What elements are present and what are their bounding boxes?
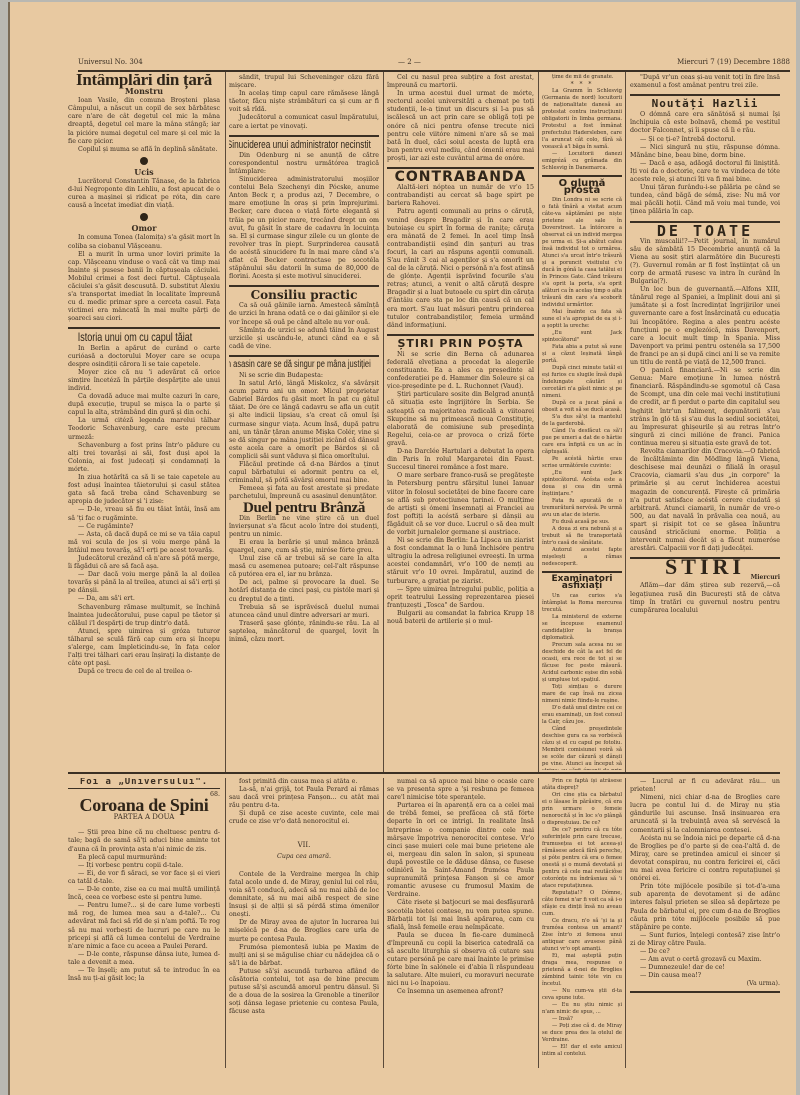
separator-asterisks-icon: * * * — [542, 81, 622, 88]
chapter-title: Cupa cea amară. — [229, 853, 379, 861]
paragraph: La-să, n'ai grijă, tot Paula Perard ai r… — [229, 786, 379, 810]
paragraph: Schavenburg a fost prins într'o pădure c… — [68, 442, 220, 474]
feuilleton-column-1: Foi a „Universului". 68. Coroana de Spin… — [68, 778, 220, 1068]
paragraph: Moyer zice că nu 'i adevărat că orice si… — [68, 369, 220, 393]
section-title-de-toate: DE TOATE — [630, 227, 780, 235]
paragraph: Câte risete și batjocuri se mai desfășur… — [387, 899, 534, 931]
feuilleton-label: Foi a „Universului". — [68, 778, 220, 786]
paragraph: — Dar dacă voiu merge până la al doilea … — [68, 571, 220, 595]
paragraph: Patru agenți comunali au prins o căruță,… — [387, 208, 534, 329]
paragraph: fost primită din causa mea și atâta e. — [229, 778, 379, 786]
paragraph: De ce? pentru că cu tóte suferințele pri… — [542, 827, 622, 890]
paragraph: Nimeni, nici chiar d-na de Broglies care… — [630, 794, 780, 834]
paragraph: — Sunt furios, înțelegi contesă? zise în… — [630, 932, 780, 948]
paragraph: Alaltă-ieri nóptea un număr de vr'o 15 c… — [387, 184, 534, 208]
issue-date: Miercuri 7 (19) Decembre 1888 — [677, 58, 790, 66]
paragraph: In satul Arló, lângă Miskolcz, s'a săvâr… — [229, 380, 379, 461]
paragraph: săndit, trupul lui Scheveninger căzu făr… — [229, 74, 379, 90]
article-istoria: In Berlin a apărut de curând o carte cur… — [68, 345, 220, 677]
column-3: Cel cu nasul prea subțire a fost arestat… — [387, 74, 534, 770]
feuilleton-column-2: fost primită din causa mea și atâta e.La… — [229, 778, 379, 1068]
paragraph: O dómnă care era sănătósă și numai își î… — [630, 111, 780, 135]
section-title-intamplari: Intâmplări din țară — [68, 76, 220, 84]
paragraph: — El! dar el este amicul intim al contel… — [542, 1044, 622, 1058]
paragraph: Paula se ducea în fie-care duminecă d'îm… — [387, 932, 534, 989]
section-title-asasin: Un asasin care se dă singur pe mâna just… — [229, 361, 357, 369]
paragraph: — Eu nu știu nimic și n'am nimic de spus… — [542, 1002, 622, 1016]
column-divider — [625, 778, 626, 1068]
paragraph: Judecătorul a comunicat casul împăratulu… — [229, 114, 379, 130]
section-title-gluma: O glumă próstă — [542, 180, 622, 194]
article-examinatori: Un cas curios s'a întâmplat la Roma merc… — [542, 593, 622, 770]
paragraph: Reputația!? O Dómne, câte femei n'ar fi … — [542, 890, 622, 918]
article-gluma: Din Londra ni se scrie că o fată tînără … — [542, 197, 622, 568]
divider — [630, 94, 780, 96]
column-divider — [538, 778, 539, 1068]
paragraph: Când l'a desfăcut ca să'l pue pe umeri a… — [542, 428, 622, 456]
section-title-sinucidere: Sinuciderea unui administrator necinstit — [229, 141, 357, 149]
paragraph: Trebuia să se isprăvéscă duelul numai at… — [229, 604, 379, 620]
paragraph: "După vr'un ceas și-au venit toți în fir… — [630, 74, 780, 90]
paragraph: Contele de la Verdraine mergea în chip f… — [229, 871, 379, 920]
paragraph: — D-le conte, răspunse dânsa iute, lumea… — [68, 951, 220, 967]
paragraph: Mai înainte ca fata să sune el s'a aprop… — [542, 309, 622, 330]
section-title-noutati: Noutăți Hazlii — [630, 100, 780, 108]
paragraph: La Gramm în Schlesvig (Germania de nord)… — [542, 88, 622, 151]
novel-title: Coroana de Spini — [68, 801, 220, 809]
paragraph: Ea plecă capul murmurând: — [68, 854, 220, 862]
paragraph: — Știi prea bine că nu cheltuesc pentru … — [68, 829, 220, 853]
paragraph: Ioan Vasile, din comuna Broșteni plasa C… — [68, 97, 220, 146]
novel-text: fost primită din causa mea și atâta e.La… — [229, 778, 379, 827]
paragraph: In Berlin a apărut de curând o carte cur… — [68, 345, 220, 369]
paragraph: — Pentru lume?... și de care lume vorbeș… — [68, 902, 220, 951]
bullet-dot-icon — [140, 213, 148, 221]
paragraph: „Eu sunt Jack spintecătorul. Acésta este… — [542, 470, 622, 498]
paragraph: Dr de Miray avea de ajutor în lucrarea l… — [229, 919, 379, 943]
paragraph: Din Berlin ne vine știre că un duel învi… — [229, 515, 379, 539]
paragraph: — D-le conte, zise ea cu mai multă umili… — [68, 886, 220, 902]
paragraph: S'a dus să'și ia mantelul de la garderob… — [542, 414, 622, 428]
paragraph: Toți simțiau o durere mare de cap însă n… — [542, 684, 622, 705]
paragraph: — Te înșeli; am putut să te introduc în … — [68, 967, 220, 983]
column-divider — [225, 72, 226, 772]
paragraph: Copilul și muma se află în deplină sănăt… — [68, 146, 220, 154]
paragraph: Ni se scrie din Budapesta: — [229, 372, 379, 380]
paragraph: Autorul acestei fapte mișelești a rămas … — [542, 547, 622, 568]
paragraph: — D-le, vreau să fiu eu tăiat întâi, îns… — [68, 506, 220, 522]
bullet-dot-icon — [140, 157, 148, 165]
paragraph: Un cas curios s'a întâmplat la Roma merc… — [542, 593, 622, 614]
paragraph: Unui țăran furându-i-se pălăria pe când … — [630, 184, 780, 216]
article-duel: Din Berlin ne vine știre că un duel învi… — [229, 515, 379, 645]
paragraph: De aci, palme și provocare la duel. Se h… — [229, 579, 379, 603]
paragraph: Putuse să'și ascundă turbarea aflând de … — [229, 968, 379, 1017]
paragraph: El a murit în urma unor loviri primite l… — [68, 251, 220, 324]
paragraph: Și după ce zise aceste cuvinte, cele mai… — [229, 810, 379, 826]
paragraph: Cel cu nasul prea subțire a fost arestat… — [387, 74, 534, 90]
paragraph: Știri particulare sosite din Belgrad anu… — [387, 391, 534, 448]
paragraph: Frumósa piemontesă iubia pe Maxim de mul… — [229, 944, 379, 968]
divider — [387, 334, 534, 336]
paragraph: Lucrătorul Constantin Tănase, de la fabr… — [68, 178, 220, 210]
paragraph: Schavenburg rămase mulțumit, se închină … — [68, 604, 220, 628]
paragraph: Bulgarii au comandat la fabrica Krupp 18… — [387, 610, 534, 626]
paragraph: țime de mii de granate. — [542, 74, 622, 81]
paragraph: Traseră șase glónțe, rănindu-se rău. La … — [229, 620, 379, 644]
column-divider — [538, 72, 539, 772]
page-number: — 2 — — [398, 58, 421, 66]
paragraph: Ni se scrie din Berlin: La Lipsca un zia… — [387, 537, 534, 586]
paragraph: Acésta nu se îndoia nici pe departe că d… — [630, 835, 780, 884]
novel-text: numai ca să apuce mai bine o ocasie care… — [387, 778, 534, 997]
paragraph: Din Odenburg ni se anunță de către cores… — [229, 152, 379, 176]
divider — [542, 175, 622, 177]
article-de-toate: Vin muscalii!?—Petit journal, în numărul… — [630, 238, 780, 554]
article-stiri-posta: Ni se scrie din Berna că adunarea federa… — [387, 351, 534, 626]
novel-text: Prin ce faptă își atrăsese atâta dispreț… — [542, 778, 622, 1058]
paragraph: Flăcăul pretinde că d-na Bárdos a ținut … — [229, 461, 379, 485]
paragraph: Judecătorul crezând că n'are să pótă mer… — [68, 555, 220, 571]
column-5: "După vr'un ceas și-au venit toți în fir… — [630, 74, 780, 770]
page-header: Universul No. 304 — 2 — Miercuri 7 (19) … — [78, 58, 790, 72]
article-sinucidere: Din Odenburg ni se anunță de către cores… — [229, 152, 379, 282]
divider — [542, 571, 622, 573]
section-title-duel: Duel pentru Brânză — [229, 504, 379, 512]
divider — [229, 285, 379, 287]
paragraph: — Poți zise că d. de Miray se duce prea … — [542, 1023, 622, 1044]
divider — [229, 355, 379, 357]
paragraph: Ca să ouă găinile iarna. Amestecă sămînț… — [229, 302, 379, 326]
paragraph: — Ce rugăminte? — [68, 523, 220, 531]
paragraph: Unul zise că ar trebui să se care la alt… — [229, 555, 379, 579]
feuilleton-column-5: — Lucrul ar fi cu adevărat rău... un pri… — [630, 778, 780, 1068]
paragraph: — Și ce ți-e? întrebă doctorul. — [630, 136, 780, 144]
novel-text: Contele de la Verdraine mergea în chip f… — [229, 871, 379, 1017]
paragraph: După cinci minute tatăl ei eși furios cu… — [542, 365, 622, 400]
paragraph: Fu dusă acasă pe sus. — [542, 519, 622, 526]
column-4-text: țime de mii de granate. * * * La Gramm î… — [542, 74, 622, 770]
paragraph: Fata abia a putut să sune și a căzut leș… — [542, 344, 622, 365]
section-title-contrabanda: CONTRABANDA — [387, 173, 534, 181]
paragraph: Sinuciderea administratorului moșiilor c… — [229, 176, 379, 281]
paragraph: La ministerul de externe se începuse exa… — [542, 614, 622, 642]
paragraph: Prin ce faptă își atrăsese atâta dispreț… — [542, 778, 622, 792]
section-title-stiri: STIRI — [630, 563, 780, 571]
paragraph: Ce însemna un asemenea afront? — [387, 988, 534, 996]
chapter-number: VII. — [229, 841, 379, 849]
paragraph: — Dumnezeule! dar de ce! — [630, 964, 780, 972]
paragraph: O mare serbare franco-rusă se pregătește… — [387, 472, 534, 537]
divider — [229, 135, 379, 137]
paragraph: D-na Darclée Hartulari a debutat la oper… — [387, 448, 534, 472]
article-asasin: Ni se scrie din Budapesta:In satul Arló,… — [229, 372, 379, 502]
section-title-stiri-posta: ȘTIRI PRIN POȘTA — [387, 340, 534, 348]
paragraph: Aflăm—dar dăm știrea sub rezervă,—că leg… — [630, 582, 780, 614]
paragraph: La urmă citéză legenda marelui tâlhar Te… — [68, 417, 220, 441]
paragraph: Din Londra ni se scrie că o fată tînără … — [542, 197, 622, 309]
divider — [630, 991, 780, 993]
paragraph: — Am avut o certă grozavă cu Maxim. — [630, 956, 780, 964]
paragraph: După ce trecu de cel de al treilea o- — [68, 668, 220, 676]
paragraph: Vin muscalii!?—Petit journal, în numărul… — [630, 238, 780, 287]
paragraph: — Dacă e așa, adăogă doctorul fii linișt… — [630, 160, 780, 184]
paragraph: Revolta ciamarilor din Cracovia.—O fabri… — [630, 448, 780, 553]
paragraph: Precum sala acesa nu se deschide de cât … — [542, 642, 622, 684]
article-continuation: Cel cu nasul prea subțire a fost arestat… — [387, 74, 534, 163]
paragraph: — Ei, de vor fi săraci, se vor face și e… — [68, 870, 220, 886]
column-2: săndit, trupul lui Scheveninger căzu făr… — [229, 74, 379, 770]
paragraph: Prin tóte mijlócele posibile și tot-d'a-… — [630, 883, 780, 932]
divider — [68, 327, 220, 329]
paragraph: Pe acéstă hârtie erau scrise următórele … — [542, 456, 622, 470]
paragraph: Fata fu apucată de o tremurătură nervósă… — [542, 498, 622, 519]
article-stiri: Aflăm—dar dăm știrea sub rezervă,—că leg… — [630, 582, 780, 614]
paragraph: In urma acestui duel urmat de mórte, rec… — [387, 90, 534, 163]
section-title-examinatori: Examinatori asfixiați — [542, 576, 622, 590]
feuilleton-column-4: Prin ce faptă își atrăsese atâta dispreț… — [542, 778, 622, 1068]
column-divider — [383, 778, 384, 1068]
paragraph: Ei erau la berărie și unul mânca brânză … — [229, 539, 379, 555]
section-title-istoria: Istoria unui om cu capul tăiat — [71, 333, 199, 341]
paragraph: Ei, mai așteptă puțin draga mea, respuns… — [542, 953, 622, 988]
article-contrabanda: Alaltă-ieri nóptea un număr de vr'o 15 c… — [387, 184, 534, 330]
paragraph: numai ca să apuce mai bine o ocasie care… — [387, 778, 534, 802]
paragraph: Ce dracu, n'o să 'și ia și frumósa conte… — [542, 918, 622, 953]
subtitle-omor: Omor — [68, 224, 220, 232]
feuilleton-column-3: numai ca să apuce mai bine o ocasie care… — [387, 778, 534, 1068]
feuilleton-divider — [68, 772, 780, 774]
article-continuation: "După vr'un ceas și-au venit toți în fir… — [630, 74, 780, 90]
column-divider — [383, 72, 384, 772]
paragraph: — Din causa mea!? — [630, 972, 780, 980]
paragraph: — Da, am să'i ert. — [68, 595, 220, 603]
paragraph: — Locuitorii danezi emigréză cu grămada … — [542, 151, 622, 172]
paragraph: In acelaș timp capul care rămăsese lângă… — [229, 90, 379, 114]
paragraph: Ni se scrie din Berna că adunarea federa… — [387, 351, 534, 391]
paragraph: D'o dată unul dintre cei ce erau examina… — [542, 705, 622, 726]
paragraph: Un loc bun de guvernantă.—Alfons XIII, t… — [630, 286, 780, 367]
column-1: Intâmplări din țară Monstru Ioan Vasile,… — [68, 74, 220, 770]
article-consiliu: Ca să ouă găinile iarna. Amestecă sămînț… — [229, 302, 379, 351]
paragraph: A doua zi era nebună și a trebuit să fie… — [542, 526, 622, 547]
paragraph: — Nu cum-va știi d-ta ceva spune iute. — [542, 988, 622, 1002]
paragraph: Purtarea ei în aparență era ca a celei m… — [387, 802, 534, 899]
divider — [68, 788, 220, 789]
article-noutati: O dómnă care era sănătósă și numai își î… — [630, 111, 780, 216]
paragraph: — Asta, că dacă după ce mi se va tăia ca… — [68, 531, 220, 555]
paragraph: Ca dovadă aduce mai multe cazuri în care… — [68, 393, 220, 417]
paragraph: Ori cine știa ca bărbatul ei o lăsase în… — [542, 792, 622, 827]
paragraph: — Nici singură nu știu, răspunse dómna. … — [630, 144, 780, 160]
issue-number: Universul No. 304 — [78, 58, 143, 66]
paragraph: In comuna Tonea (Ialomița) s'a găsit mor… — [68, 234, 220, 250]
paragraph: — Spre uimirea întregului public, poliți… — [387, 586, 534, 610]
paragraph: — De ce? — [630, 948, 780, 956]
article-continuation: săndit, trupul lui Scheveninger căzu făr… — [229, 74, 379, 131]
paragraph: Când președintele deschise gura ca sa vo… — [542, 726, 622, 770]
paragraph: In ziua hotărîtă ca să li se taie capete… — [68, 474, 220, 506]
section-title-consiliu: Consiliu practic — [229, 291, 379, 299]
article-continuation: țime de mii de granate. — [542, 74, 622, 81]
column-divider — [225, 778, 226, 1068]
paragraph: — Iți vorbesc pentru copii d-tale. — [68, 862, 220, 870]
paragraph: „Eu sunt Jack spintecătorul" — [542, 330, 622, 344]
subtitle-ucis: Ucis — [68, 168, 220, 176]
novel-text: — Știi prea bine că nu cheltuesc pentru … — [68, 829, 220, 983]
novel-text: — Lucrul ar fi cu adevărat rău... un pri… — [630, 778, 780, 980]
paragraph: — Insă? — [542, 1016, 622, 1023]
to-be-continued: (Va urma). — [630, 980, 780, 988]
paragraph: — Lucrul ar fi cu adevărat rău... un pri… — [630, 778, 780, 794]
paragraph: Atunci, spre uimirea și gróza tuturor tâ… — [68, 628, 220, 668]
paragraph: O panică financiară.—Ni se scrie din Gen… — [630, 367, 780, 448]
paragraph: Sămînța de urzici se adună tăind în Augu… — [229, 327, 379, 351]
paragraph: După ce a jucat până a obosit a voit să … — [542, 400, 622, 414]
